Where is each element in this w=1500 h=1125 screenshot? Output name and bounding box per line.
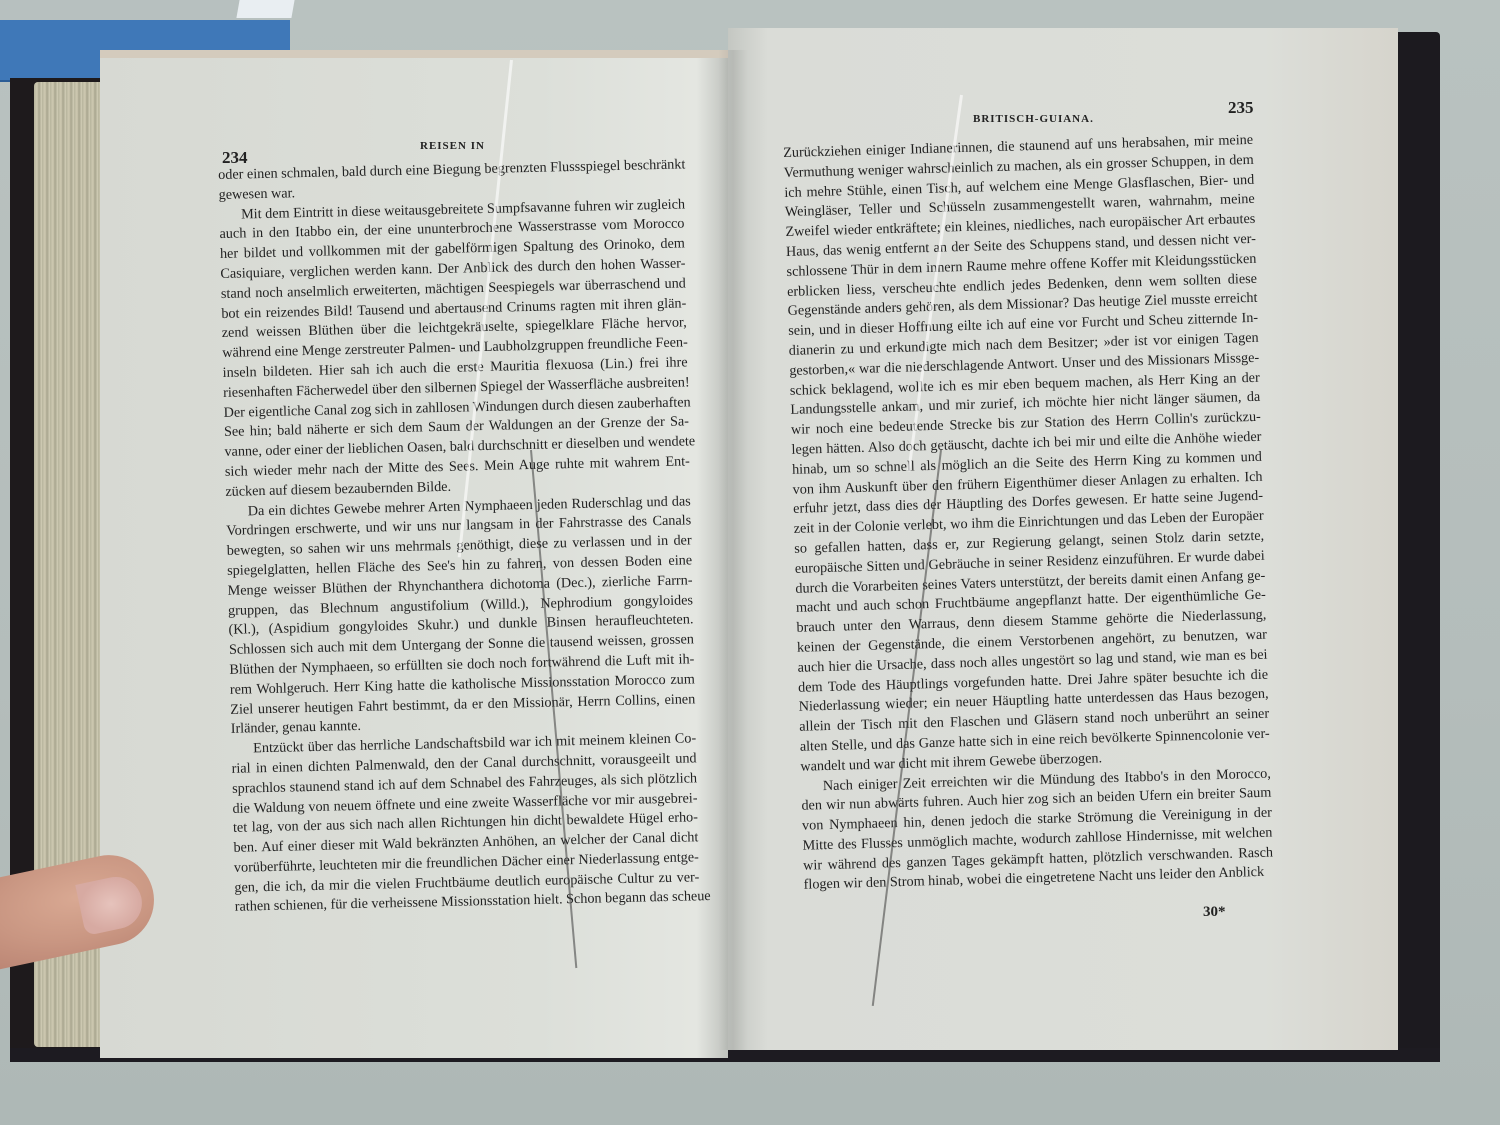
- running-head-left: REISEN IN: [420, 140, 485, 152]
- running-head-right: BRITISCH-GUIANA.: [973, 113, 1094, 125]
- signature-mark: 30*: [1203, 904, 1226, 921]
- right-page[interactable]: 235 BRITISCH-GUIANA. Zurückziehen einige…: [728, 28, 1398, 1050]
- left-page[interactable]: 234 REISEN IN oder einen schmalen, bald …: [100, 50, 728, 1058]
- right-page-text: Zurückziehen einiger Indianerinnen, die …: [783, 131, 1274, 896]
- page-number-right: 235: [1228, 98, 1254, 118]
- white-card: [236, 0, 294, 18]
- spine-gutter: [718, 50, 748, 1050]
